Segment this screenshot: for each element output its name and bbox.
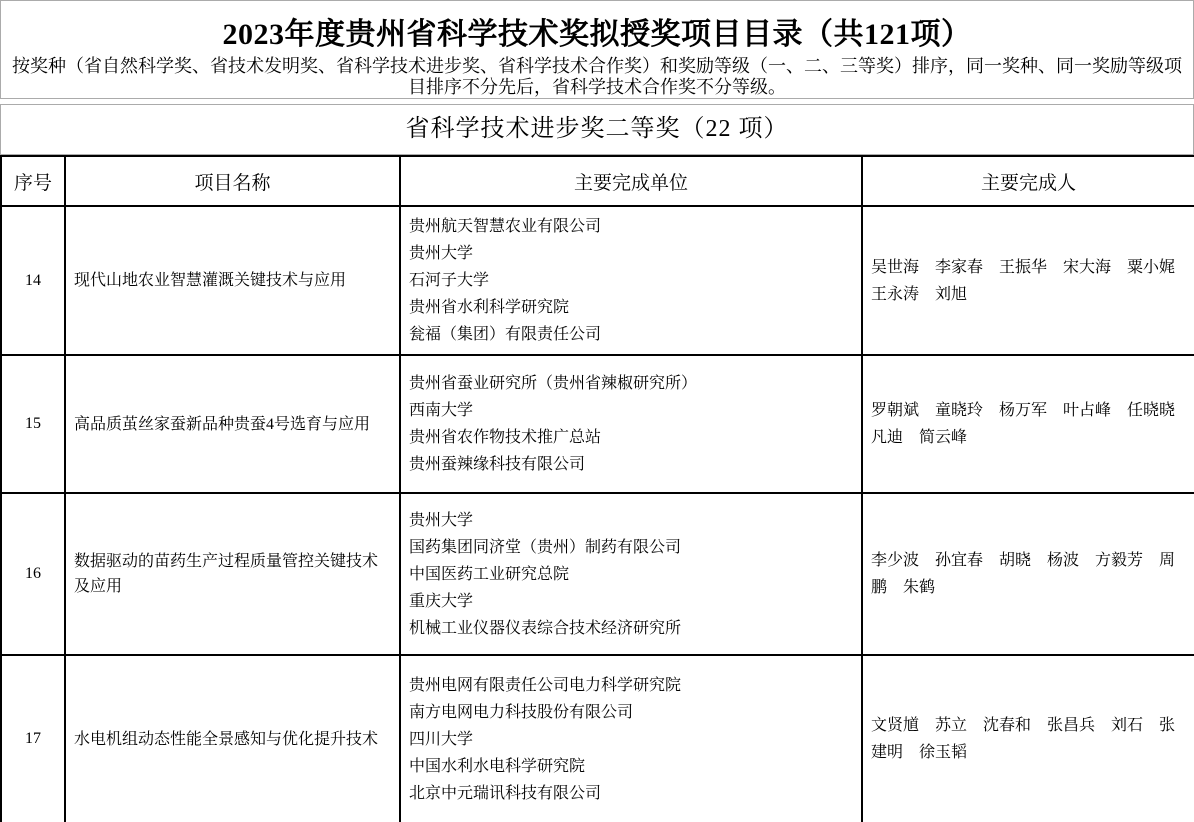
section-band: 省科学技术进步奖二等奖（22 项） [0, 104, 1194, 155]
serial-number: 17 [1, 655, 65, 822]
column-header-completing-units: 主要完成单位 [400, 156, 862, 206]
project-name: 水电机组动态性能全景感知与优化提升技术 [65, 655, 400, 822]
document-page: 2023年度贵州省科学技术奖拟授奖项目目录（共121项） 按奖种（省自然科学奖、… [0, 0, 1194, 822]
serial-number: 15 [1, 355, 65, 493]
table-body: 14现代山地农业智慧灌溉关键技术与应用贵州航天智慧农业有限公司 贵州大学 石河子… [1, 206, 1194, 822]
completing-people: 文贤馗 苏立 沈春和 张昌兵 刘石 张建明 徐玉韬 [862, 655, 1194, 822]
completing-people: 吴世海 李家春 王振华 宋大海 粟小娓 王永涛 刘旭 [862, 206, 1194, 355]
page-title: 2023年度贵州省科学技术奖拟授奖项目目录（共121项） [5, 9, 1189, 53]
table-row: 17水电机组动态性能全景感知与优化提升技术贵州电网有限责任公司电力科学研究院 南… [1, 655, 1194, 822]
completing-units: 贵州省蚕业研究所（贵州省辣椒研究所） 西南大学 贵州省农作物技术推广总站 贵州蚕… [400, 355, 862, 493]
title-block: 2023年度贵州省科学技术奖拟授奖项目目录（共121项） 按奖种（省自然科学奖、… [0, 0, 1194, 99]
section-title: 省科学技术进步奖二等奖（22 项） [1, 105, 1193, 154]
table-head: 序号项目名称主要完成单位主要完成人 [1, 156, 1194, 206]
completing-people: 李少波 孙宜春 胡晓 杨波 方毅芳 周鹏 朱鹤 [862, 493, 1194, 655]
sorting-note: 按奖种（省自然科学奖、省技术发明奖、省科学技术进步奖、省科学技术合作奖）和奖励等… [1, 56, 1193, 98]
table-row: 15高品质茧丝家蚕新品种贵蚕4号选育与应用贵州省蚕业研究所（贵州省辣椒研究所） … [1, 355, 1194, 493]
awards-table: 序号项目名称主要完成单位主要完成人 14现代山地农业智慧灌溉关键技术与应用贵州航… [0, 155, 1194, 822]
project-name: 现代山地农业智慧灌溉关键技术与应用 [65, 206, 400, 355]
project-name: 高品质茧丝家蚕新品种贵蚕4号选育与应用 [65, 355, 400, 493]
completing-units: 贵州大学 国药集团同济堂（贵州）制药有限公司 中国医药工业研究总院 重庆大学 机… [400, 493, 862, 655]
column-header-project-name: 项目名称 [65, 156, 400, 206]
completing-units: 贵州电网有限责任公司电力科学研究院 南方电网电力科技股份有限公司 四川大学 中国… [400, 655, 862, 822]
completing-people: 罗朝斌 童晓玲 杨万军 叶占峰 任晓晓 凡迪 简云峰 [862, 355, 1194, 493]
serial-number: 16 [1, 493, 65, 655]
column-header-completing-people: 主要完成人 [862, 156, 1194, 206]
project-name: 数据驱动的苗药生产过程质量管控关键技术及应用 [65, 493, 400, 655]
column-header-serial: 序号 [1, 156, 65, 206]
header-row: 序号项目名称主要完成单位主要完成人 [1, 156, 1194, 206]
table-row: 14现代山地农业智慧灌溉关键技术与应用贵州航天智慧农业有限公司 贵州大学 石河子… [1, 206, 1194, 355]
table-row: 16数据驱动的苗药生产过程质量管控关键技术及应用贵州大学 国药集团同济堂（贵州）… [1, 493, 1194, 655]
completing-units: 贵州航天智慧农业有限公司 贵州大学 石河子大学 贵州省水利科学研究院 瓮福（集团… [400, 206, 862, 355]
serial-number: 14 [1, 206, 65, 355]
